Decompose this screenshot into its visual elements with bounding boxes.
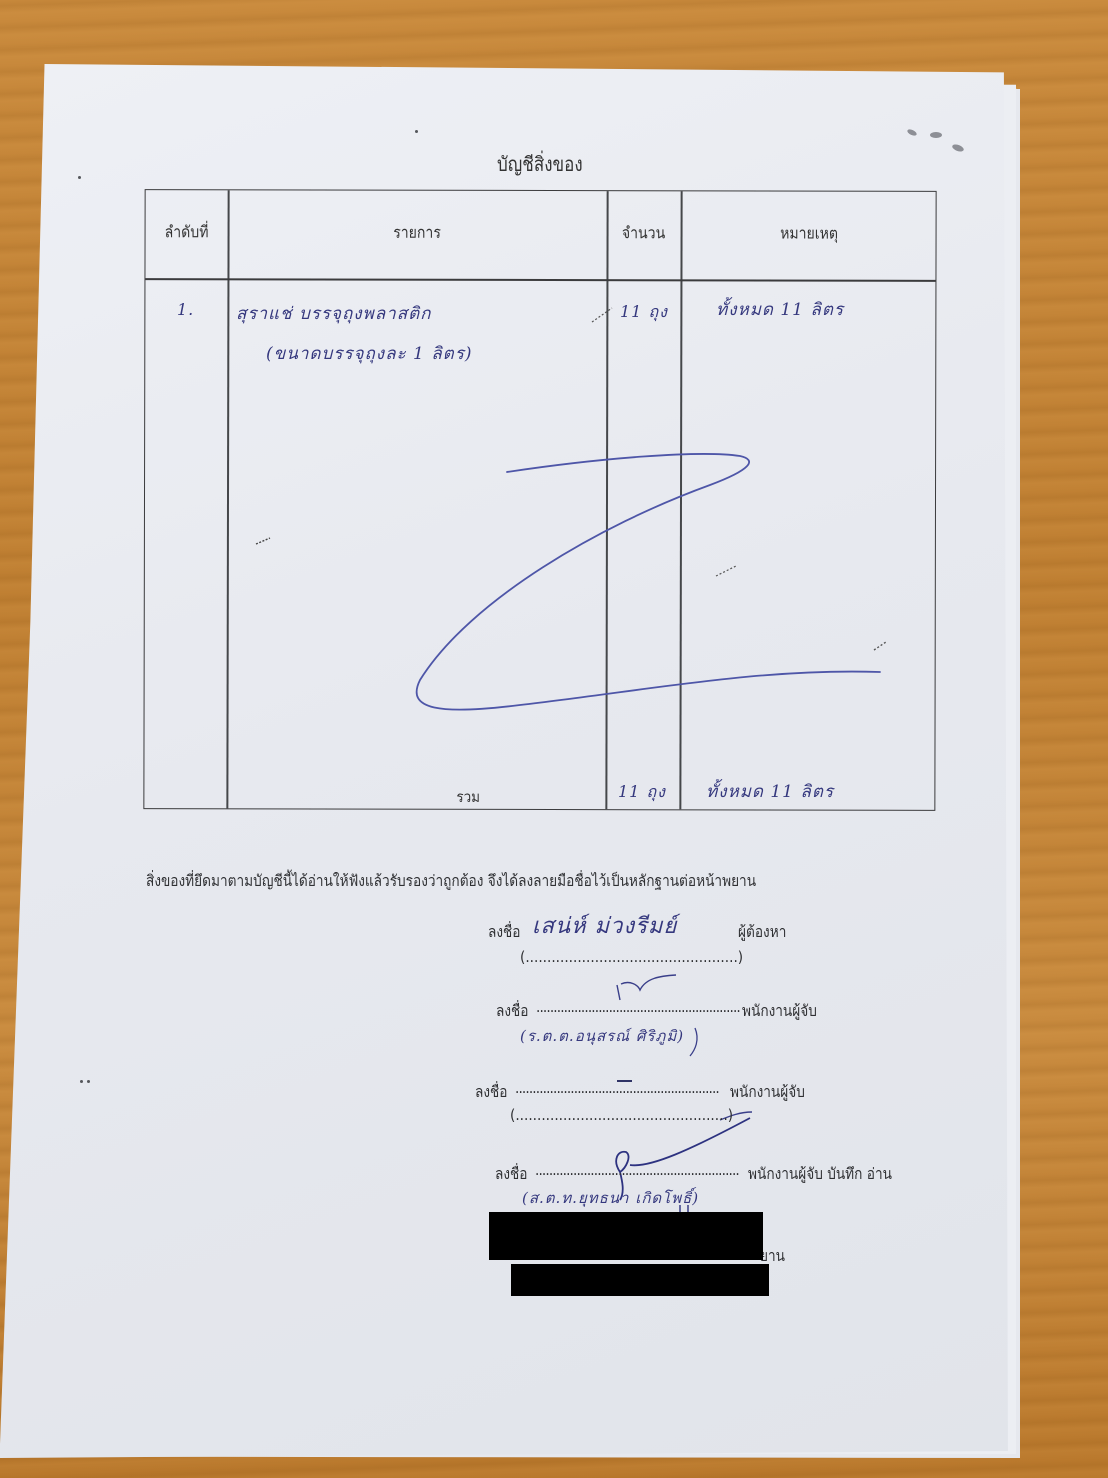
signature-4-dots: ........................................… [535,1161,739,1179]
signature-4-name-parens: (ส.ต.ท.ยุทธนา เกิดโพธิ์) [522,1186,699,1210]
signature-2-prefix: ลงชื่อ [496,998,528,1023]
signature-3-dots: ........................................… [515,1079,719,1097]
signature-3-name-parens: (.......................................… [510,1106,733,1124]
certification-text: สิ่งของที่ยึดมาตามบัญชีนี้ได้อ่านให้ฟังแ… [146,868,756,893]
signature-3-prefix: ลงชื่อ [475,1079,507,1104]
signature-1-prefix: ลงชื่อ [488,919,520,944]
signature-1-role: ผู้ต้องหา [738,919,786,944]
signature-3-role: พนักงานผู้จับ [730,1079,805,1104]
redaction-box [511,1264,769,1296]
signature-2-role: พนักงานผู้จับ [742,998,817,1023]
redaction-box [489,1212,763,1260]
signature-4-role: พนักงานผู้จับ บันทึก อ่าน [748,1161,892,1186]
signature-2-stroke [617,975,676,1000]
signature-2-name-parens: (ร.ต.ต.อนุสรณ์ ศิริภูมิ) [520,1024,684,1048]
signature-2-dots: ........................................… [536,998,740,1016]
signature-1-name: เสน่ห์ ม่วงรีมย์ [532,908,677,943]
signature-4-prefix: ลงชื่อ [495,1161,527,1186]
z-cancel-stroke [417,454,880,710]
signature-1-name-parens: (.......................................… [520,948,743,966]
